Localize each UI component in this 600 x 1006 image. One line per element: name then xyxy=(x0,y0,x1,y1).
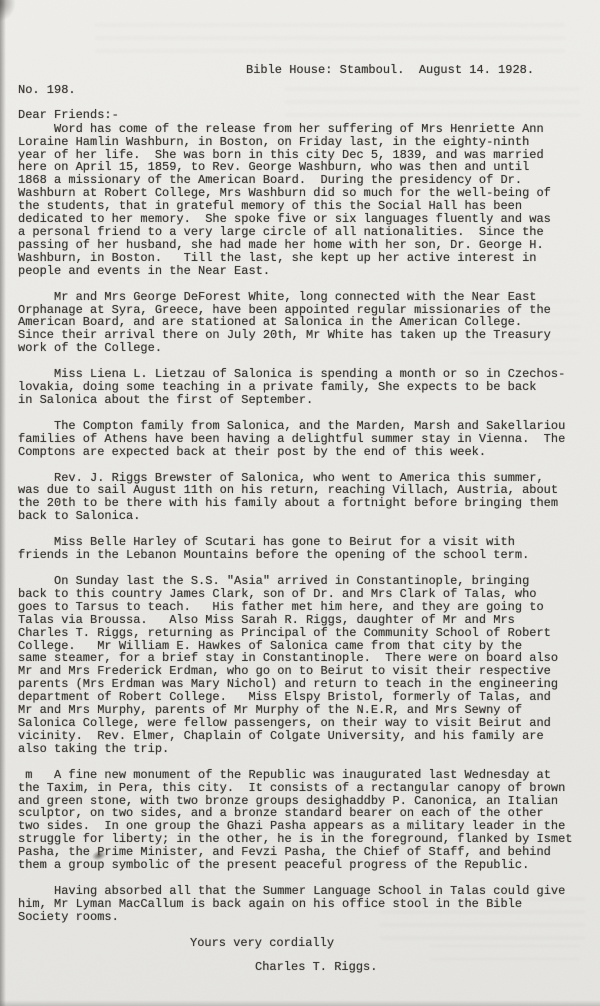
paragraph-7: On Sunday last the S.S. "Asia" arrived i… xyxy=(18,575,598,756)
paragraph-1: Word has come of the release from her su… xyxy=(18,123,598,278)
scan-edge-shadow xyxy=(0,0,6,1006)
salutation: Dear Friends:- xyxy=(18,109,598,122)
scanned-letter: Bible House: Stamboul. August 14. 1928. … xyxy=(0,0,600,1006)
paragraph-5: Rev. J. Riggs Brewster of Salonica, who … xyxy=(18,472,598,524)
paragraph-9: Having absorbed all that the Summer Lang… xyxy=(18,885,598,924)
closing: Yours very cordially xyxy=(190,937,598,950)
letter-page: Bible House: Stamboul. August 14. 1928. … xyxy=(0,0,600,1006)
scan-bottom-shadow xyxy=(0,1000,600,1006)
paragraph-3: Miss Liena L. Lietzau of Salonica is spe… xyxy=(18,368,598,407)
paragraph-4: The Compton family from Salonica, and th… xyxy=(18,420,598,459)
dateline: Bible House: Stamboul. August 14. 1928. xyxy=(246,64,598,77)
paragraph-2: Mr and Mrs George DeForest White, long c… xyxy=(18,291,598,356)
scan-corner-shadow xyxy=(0,0,16,22)
letter-number: No. 198. xyxy=(18,84,598,97)
paragraph-6: Miss Belle Harley of Scutari has gone to… xyxy=(18,536,598,562)
signature: Charles T. Riggs. xyxy=(255,961,598,974)
paragraph-8: m A fine new monument of the Republic wa… xyxy=(18,769,598,872)
